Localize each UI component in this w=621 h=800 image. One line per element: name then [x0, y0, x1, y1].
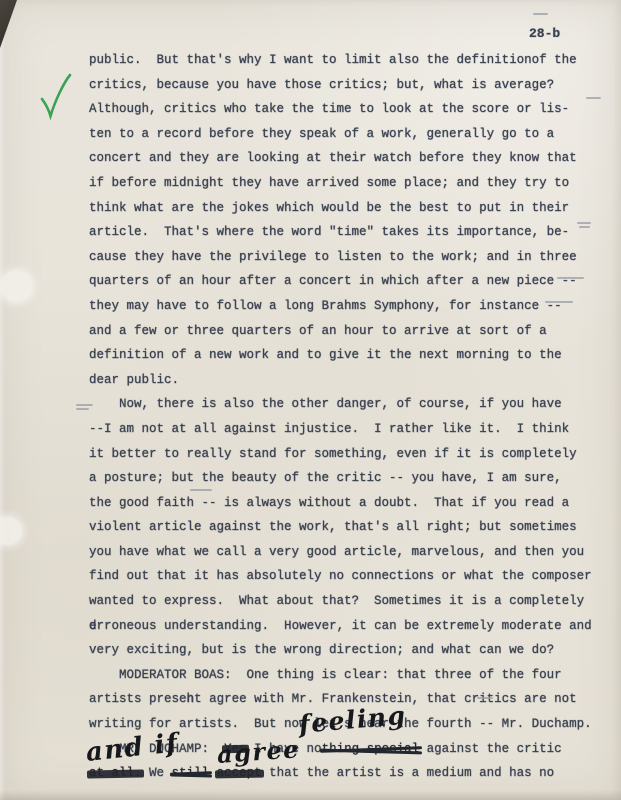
- typed-line: Although, critics who take the time to l…: [89, 97, 611, 122]
- typed-text: Although, critics who take the time to l…: [89, 102, 569, 116]
- typed-text: a posture; but the beauty of the critic …: [89, 471, 562, 485]
- typed-line: definition of a new work and to give it …: [89, 343, 611, 368]
- struck-out-text: thing special: [322, 742, 420, 756]
- pencil-mark: [579, 226, 590, 228]
- typed-text: if before midnight they have arrived som…: [89, 176, 569, 190]
- typed-line: and a few or three quarters of an hour t…: [89, 319, 611, 344]
- green-checkmark-icon: [37, 72, 73, 120]
- pencil-mark: [190, 489, 212, 491]
- typed-text: article. That's where the word "time" ta…: [89, 225, 569, 239]
- typed-line: cause they have the privilege to listen …: [89, 245, 611, 270]
- typed-line: --I am not at all against injustice. I r…: [89, 417, 611, 442]
- hole-punch: [1, 271, 32, 302]
- hole-punch: [0, 517, 22, 545]
- typed-text: dear public.: [89, 373, 179, 387]
- typed-text: ten to a record before they speak of a w…: [89, 127, 554, 141]
- typed-text: think what are the jokes which would be …: [89, 201, 569, 215]
- typed-text: artists prese: [89, 692, 187, 706]
- typed-line: a posture; but the beauty of the critic …: [89, 466, 611, 491]
- document-page: 28-b public. But that's why I want to li…: [0, 0, 621, 800]
- pencil-mark: [545, 301, 573, 303]
- typed-line: Now, there is also the other danger, of …: [89, 392, 611, 417]
- typed-line: you have what we call a very good articl…: [89, 540, 611, 565]
- handwritten-correction: agree: [216, 734, 301, 769]
- typed-text: definition of a new work and to give it …: [89, 348, 562, 362]
- typed-line: very exciting, but is the wrong directio…: [89, 638, 611, 663]
- typed-text: We: [142, 766, 172, 780]
- typed-text: violent article against the work, that's…: [89, 520, 577, 534]
- typed-line: they may have to follow a long Brahms Sy…: [89, 294, 611, 319]
- typed-line: critics, because you have those critics;…: [89, 73, 611, 98]
- typed-text: MODERATOR BOAS: One thing is clear: that…: [89, 668, 562, 682]
- typed-text: quarters of an hour after a concert in w…: [89, 274, 577, 288]
- typed-line: ten to a record before they speak of a w…: [89, 122, 611, 147]
- typed-text: they may have to follow a long Brahms Sy…: [89, 299, 562, 313]
- pencil-mark: [533, 13, 548, 15]
- typed-line: if before midnight they have arrived som…: [89, 171, 611, 196]
- typed-line: at all. We still accept that the artist …: [89, 761, 611, 786]
- typed-line: find out that it has absolutely no conne…: [89, 564, 611, 589]
- typed-text: very exciting, but is the wrong directio…: [89, 643, 554, 657]
- struck-out-text: at all.: [89, 766, 142, 780]
- typed-text: the good faith -- is always without a do…: [89, 496, 569, 510]
- typed-text: rroneous understanding. However, it can …: [97, 619, 592, 633]
- pencil-mark: [76, 408, 89, 410]
- typed-line: public. But that's why I want to limit a…: [89, 48, 611, 73]
- struck-out-text: still: [172, 766, 210, 780]
- typed-line: wanted to express. What about that? Some…: [89, 589, 611, 614]
- typed-line: article. That's where the word "time" ta…: [89, 220, 611, 245]
- typed-text: against the critic: [419, 742, 562, 756]
- overstruck-char: n: [187, 692, 195, 706]
- pencil-mark: [76, 404, 93, 406]
- pencil-mark: [477, 697, 493, 699]
- typed-line: violent article against the work, that's…: [89, 515, 611, 540]
- typed-text: concert and they are looking at their wa…: [89, 151, 577, 165]
- page-number: 28-b: [529, 26, 560, 41]
- typed-text: that the artist is a medium and has no: [262, 766, 555, 780]
- typed-text: you have what we call a very good articl…: [89, 545, 584, 559]
- paper-left-edge: [0, 0, 5, 800]
- typed-text: find out that it has absolutely no conne…: [89, 569, 592, 583]
- typed-text: wanted to express. What about that? Some…: [89, 594, 584, 608]
- typed-text: and a few or three quarters of an hour t…: [89, 324, 547, 338]
- typed-text: critics, because you have those critics;…: [89, 78, 554, 92]
- typed-line: quarters of an hour after a concert in w…: [89, 269, 611, 294]
- typed-line: think what are the jokes which would be …: [89, 196, 611, 221]
- typed-line: it better to really stand for something,…: [89, 442, 611, 467]
- pencil-mark: [577, 222, 591, 224]
- typed-text: public. But that's why I want to limit a…: [89, 53, 577, 67]
- typed-line: dear public.: [89, 368, 611, 393]
- pencil-mark: [586, 97, 601, 99]
- typed-text: --I am not at all against injustice. I r…: [89, 422, 569, 436]
- typed-text-block: public. But that's why I want to limit a…: [89, 48, 611, 786]
- typed-text: cause they have the privilege to listen …: [89, 250, 577, 264]
- pencil-mark: [557, 277, 584, 279]
- typed-line: derroneous understanding. However, it ca…: [89, 614, 611, 639]
- overstruck-char: e: [89, 619, 97, 633]
- typed-text: Now, there is also the other danger, of …: [89, 397, 562, 411]
- typed-line: MODERATOR BOAS: One thing is clear: that…: [89, 663, 611, 688]
- typed-text: it better to really stand for something,…: [89, 447, 577, 461]
- typed-line: concert and they are looking at their wa…: [89, 146, 611, 171]
- typed-line: the good faith -- is always without a do…: [89, 491, 611, 516]
